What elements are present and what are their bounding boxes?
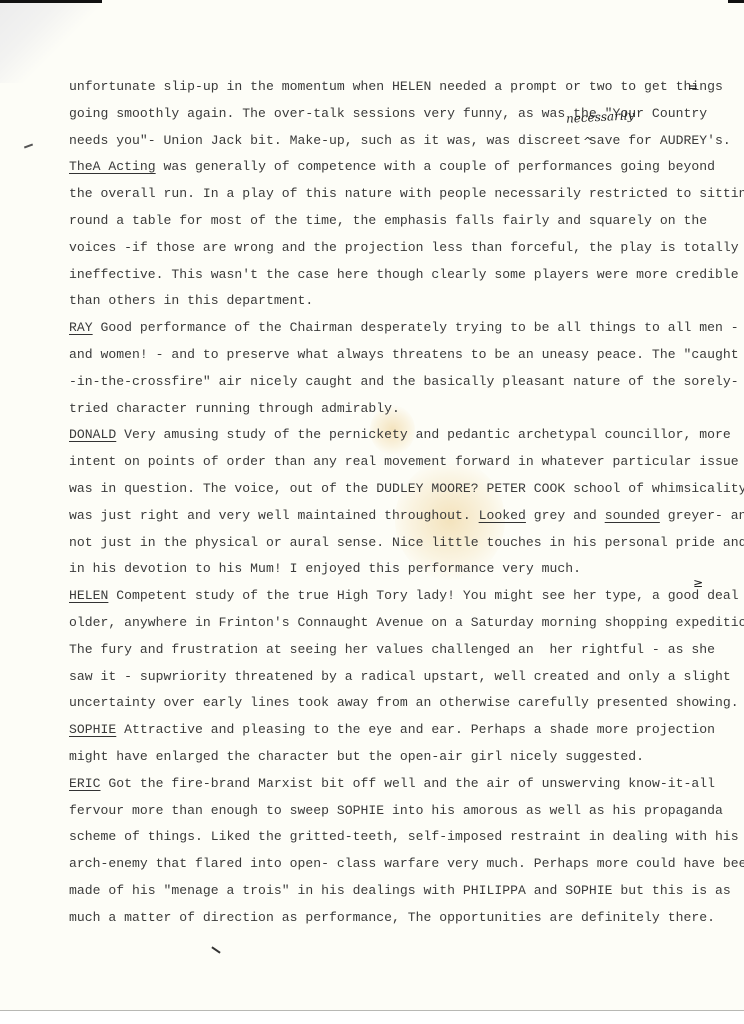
text-segment: intent on points of order than any real … [69, 454, 739, 469]
text-segment: voices -if those are wrong and the proje… [69, 240, 739, 255]
text-line: voices -if those are wrong and the proje… [69, 235, 744, 262]
text-segment: Got the fire-brand Marxist bit off well … [101, 776, 715, 791]
text-segment: tried character running through admirabl… [69, 401, 400, 416]
text-segment: uncertainty over early lines took away f… [69, 695, 739, 710]
text-line: intent on points of order than any real … [69, 449, 744, 476]
text-line: DONALD Very amusing study of the pernick… [69, 422, 744, 449]
text-segment: -in-the-crossfire" air nicely caught and… [69, 374, 739, 389]
text-line: was in question. The voice, out of the D… [69, 476, 744, 503]
text-line: much a matter of direction as performanc… [69, 905, 744, 932]
text-line: was just right and very well maintained … [69, 503, 744, 530]
text-segment: Competent study of the true High Tory la… [108, 588, 738, 603]
character-name: Looked [479, 508, 526, 523]
text-segment: was in question. The voice, out of the D… [69, 481, 744, 496]
text-segment: scheme of things. Liked the gritted-teet… [69, 829, 739, 844]
character-name: TheA Acting [69, 159, 156, 174]
text-line: arch-enemy that flared into open- class … [69, 851, 744, 878]
text-segment: was generally of competence with a coupl… [156, 159, 715, 174]
text-line: the overall run. In a play of this natur… [69, 181, 744, 208]
text-line: The fury and frustration at seeing her v… [69, 637, 744, 664]
insertion-caret: ^ [583, 135, 592, 148]
text-line: made of his "menage a trois" in his deal… [69, 878, 744, 905]
text-line: needs you"- Union Jack bit. Make-up, suc… [69, 128, 744, 155]
text-line: HELEN Competent study of the true High T… [69, 583, 744, 610]
character-name: SOPHIE [69, 722, 116, 737]
text-segment: might have enlarged the character but th… [69, 749, 644, 764]
text-line: ERIC Got the fire-brand Marxist bit off … [69, 771, 744, 798]
page-fold-shadow [0, 3, 110, 83]
document-page: unfortunate slip-up in the momentum when… [0, 0, 744, 1010]
text-segment: older, anywhere in Frinton's Connaught A… [69, 615, 744, 630]
text-line: scheme of things. Liked the gritted-teet… [69, 824, 744, 851]
accent-mark [211, 946, 220, 953]
text-segment: than others in this department. [69, 293, 313, 308]
scan-border [728, 0, 744, 3]
text-segment: the overall run. In a play of this natur… [69, 186, 744, 201]
text-segment: arch-enemy that flared into open- class … [69, 856, 744, 871]
text-line: -in-the-crossfire" air nicely caught and… [69, 369, 744, 396]
page-bottom-edge [0, 1010, 744, 1024]
text-segment: and women! - and to preserve what always… [69, 347, 739, 362]
text-segment: not just in the physical or aural sense.… [69, 535, 744, 550]
text-segment: needs you"- Union Jack bit. Make-up, suc… [69, 133, 731, 148]
character-name: DONALD [69, 427, 116, 442]
text-segment: fervour more than enough to sweep SOPHIE… [69, 803, 723, 818]
text-segment: in his devotion to his Mum! I enjoyed th… [69, 561, 581, 576]
text-line: might have enlarged the character but th… [69, 744, 744, 771]
text-line: saw it - supwriority threatened by a rad… [69, 664, 744, 691]
text-segment: much a matter of direction as performanc… [69, 910, 715, 925]
margin-scribble: = [688, 80, 698, 94]
text-segment: grey and [526, 508, 605, 523]
text-segment: Very amusing study of the pernickety and… [116, 427, 730, 442]
character-name: ERIC [69, 776, 101, 791]
text-line: fervour more than enough to sweep SOPHIE… [69, 798, 744, 825]
text-segment: ineffective. This wasn't the case here t… [69, 267, 739, 282]
text-segment: was just right and very well maintained … [69, 508, 479, 523]
text-segment: The fury and frustration at seeing her v… [69, 642, 715, 657]
text-segment: saw it - supwriority threatened by a rad… [69, 669, 731, 684]
text-line: than others in this department. [69, 288, 744, 315]
pen-mark [24, 144, 33, 149]
text-line: SOPHIE Attractive and pleasing to the ey… [69, 717, 744, 744]
text-line: ineffective. This wasn't the case here t… [69, 262, 744, 289]
text-line: not just in the physical or aural sense.… [69, 530, 744, 557]
text-segment: Good performance of the Chairman despera… [93, 320, 739, 335]
text-segment: unfortunate slip-up in the momentum when… [69, 79, 723, 94]
text-segment: round a table for most of the time, the … [69, 213, 707, 228]
text-line: tried character running through admirabl… [69, 396, 744, 423]
text-line: in his devotion to his Mum! I enjoyed th… [69, 556, 744, 583]
text-segment: Attractive and pleasing to the eye and e… [116, 722, 715, 737]
text-line: older, anywhere in Frinton's Connaught A… [69, 610, 744, 637]
character-name: RAY [69, 320, 93, 335]
typewritten-body: unfortunate slip-up in the momentum when… [69, 74, 744, 932]
text-line: TheA Acting was generally of competence … [69, 154, 744, 181]
character-name: sounded [605, 508, 660, 523]
character-name: HELEN [69, 588, 108, 603]
text-line: RAY Good performance of the Chairman des… [69, 315, 744, 342]
text-line: and women! - and to preserve what always… [69, 342, 744, 369]
text-segment: greyer- an [660, 508, 744, 523]
margin-scribble: ≥ [693, 576, 703, 590]
text-line: round a table for most of the time, the … [69, 208, 744, 235]
text-line: uncertainty over early lines took away f… [69, 690, 744, 717]
text-line: going smoothly again. The over-talk sess… [69, 101, 744, 128]
text-line: unfortunate slip-up in the momentum when… [69, 74, 744, 101]
text-segment: made of his "menage a trois" in his deal… [69, 883, 731, 898]
